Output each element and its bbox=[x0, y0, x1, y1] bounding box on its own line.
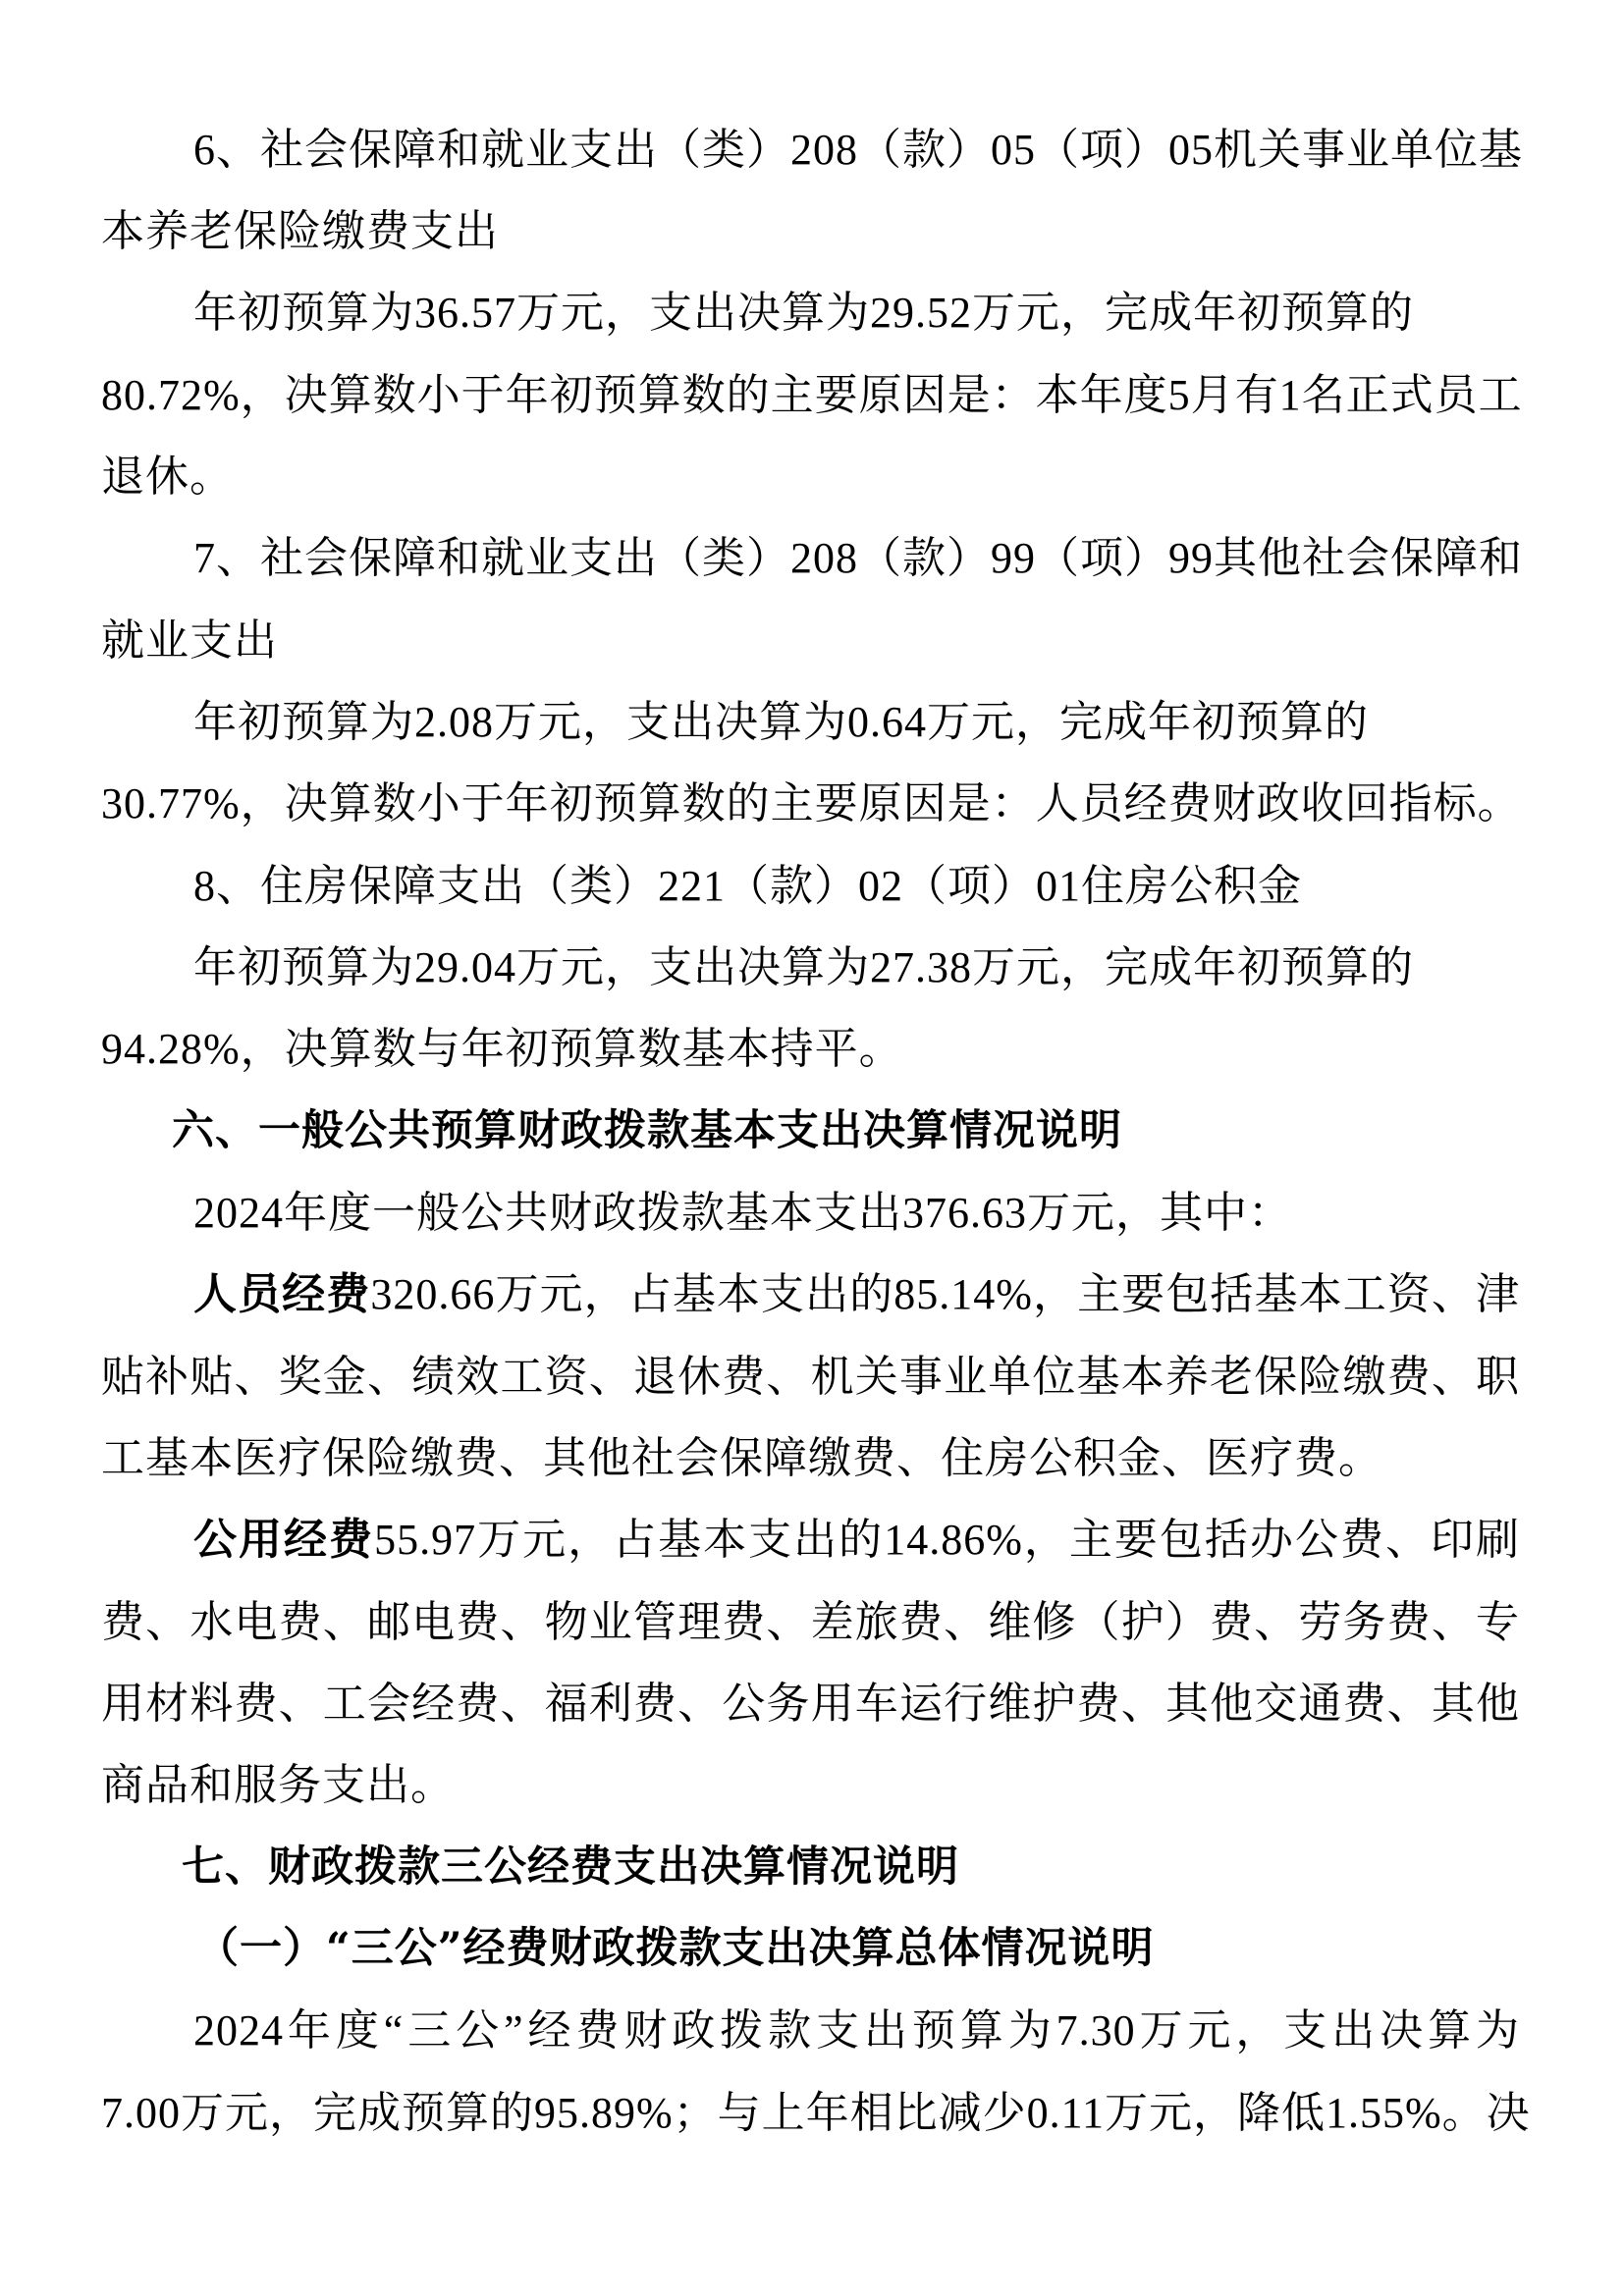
item7-title-line-1: 7、社会保障和就业支出（类）208（款）99（项）99其他社会保障和 bbox=[193, 517, 1520, 599]
section-6-intro: 2024年度一般公共财政拨款基本支出376.63万元，其中： bbox=[193, 1172, 1520, 1254]
section-6-heading: 六、一般公共预算财政拨款基本支出决算情况说明 bbox=[172, 1091, 1498, 1172]
item6-body-line-2: 80.72%，决算数小于年初预算数的主要原因是：本年度5月有1名正式员工 bbox=[101, 354, 1520, 436]
document-page: 6、社会保障和就业支出（类）208（款）05（项）05机关事业单位基 本养老保险… bbox=[0, 0, 1624, 2296]
item7-body-line-1: 年初预算为2.08万元，支出决算为0.64万元，完成年初预算的 bbox=[193, 681, 1520, 763]
three-public-body-line-2: 7.00万元，完成预算的95.89%；与上年相比减少0.11万元，降低1.55%… bbox=[101, 2072, 1520, 2154]
public-expenses-text: 55.97万元，占基本支出的14.86%，主要包括办公费、印刷 bbox=[374, 1516, 1520, 1564]
personnel-expenses-line-2: 贴补贴、奖金、绩效工资、退休费、机关事业单位基本养老保险缴费、职 bbox=[101, 1336, 1520, 1417]
public-expenses-label: 公用经费 bbox=[193, 1516, 374, 1564]
item6-title-line-2: 本养老保险缴费支出 bbox=[101, 190, 1520, 272]
personnel-expenses-text: 320.66万元，占基本支出的85.14%，主要包括基本工资、津 bbox=[370, 1270, 1520, 1318]
item6-title-line-1: 6、社会保障和就业支出（类）208（款）05（项）05机关事业单位基 bbox=[193, 109, 1520, 190]
public-expenses-line-1: 公用经费55.97万元，占基本支出的14.86%，主要包括办公费、印刷 bbox=[193, 1499, 1520, 1580]
item6-body-line-3: 退休。 bbox=[101, 436, 1520, 517]
public-expenses-line-4: 商品和服务支出。 bbox=[101, 1744, 1520, 1826]
item8-body-line-1: 年初预算为29.04万元，支出决算为27.38万元，完成年初预算的 bbox=[193, 927, 1520, 1008]
section-7-subsection-1-heading: （一）“三公”经费财政拨款支出决算总体情况说明 bbox=[196, 1908, 1523, 1990]
item6-body-line-1: 年初预算为36.57万元，支出决算为29.52万元，完成年初预算的 bbox=[193, 272, 1520, 353]
item7-title-line-2: 就业支出 bbox=[101, 600, 1520, 681]
item8-body-line-2: 94.28%，决算数与年初预算数基本持平。 bbox=[101, 1008, 1520, 1090]
public-expenses-line-3: 用材料费、工会经费、福利费、公务用车运行维护费、其他交通费、其他 bbox=[101, 1663, 1520, 1744]
personnel-expenses-line-3: 工基本医疗保险缴费、其他社会保障缴费、住房公积金、医疗费。 bbox=[101, 1417, 1520, 1499]
section-7-heading: 七、财政拨款三公经费支出决算情况说明 bbox=[182, 1827, 1508, 1908]
item8-title-line-1: 8、住房保障支出（类）221（款）02（项）01住房公积金 bbox=[193, 845, 1520, 927]
item7-body-line-2: 30.77%，决算数小于年初预算数的主要原因是：人员经费财政收回指标。 bbox=[101, 763, 1520, 844]
public-expenses-line-2: 费、水电费、邮电费、物业管理费、差旅费、维修（护）费、劳务费、专 bbox=[101, 1581, 1520, 1663]
personnel-expenses-label: 人员经费 bbox=[193, 1270, 370, 1318]
personnel-expenses-line-1: 人员经费320.66万元，占基本支出的85.14%，主要包括基本工资、津 bbox=[193, 1254, 1520, 1335]
three-public-body-line-1: 2024年度“三公”经费财政拨款支出预算为7.30万元，支出决算为 bbox=[193, 1990, 1520, 2071]
